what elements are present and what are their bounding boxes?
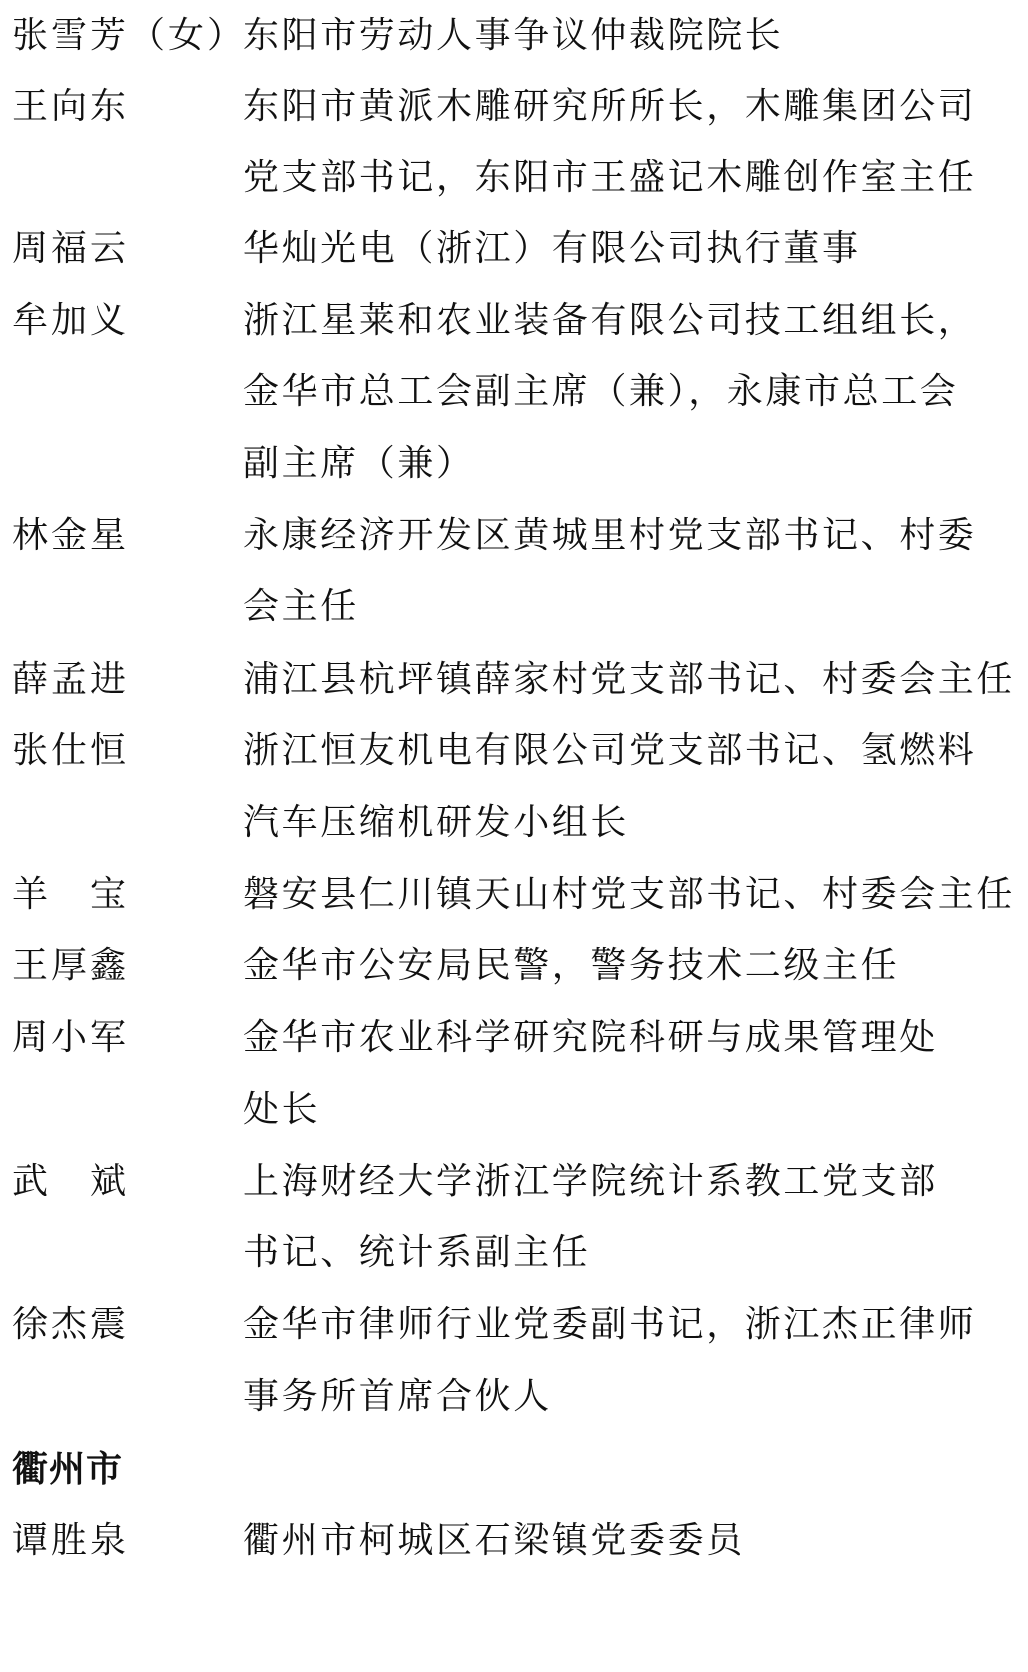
person-title: 金华市公安局民警，警务技术二级主任 <box>243 930 899 1002</box>
entry-row: 薛孟进 浦江县杭坪镇薛家村党支部书记、村委会主任 <box>0 644 1028 716</box>
person-title: 浙江恒友机电有限公司党支部书记、氢燃料 <box>243 715 976 787</box>
entry-row: 林金星 永康经济开发区黄城里村党支部书记、村委 <box>0 500 1028 572</box>
entry-continuation: 党支部书记，东阳市王盛记木雕创作室主任 <box>0 142 1028 214</box>
person-title: 金华市农业科学研究院科研与成果管理处 <box>243 1002 938 1074</box>
entry-row: 周福云 华灿光电（浙江）有限公司执行董事 <box>0 213 1028 285</box>
entry-row: 张仕恒 浙江恒友机电有限公司党支部书记、氢燃料 <box>0 715 1028 787</box>
person-name: 王厚鑫 <box>12 930 129 1002</box>
entry-continuation: 金华市总工会副主席（兼），永康市总工会 <box>0 356 1028 428</box>
entry-row: 羊 宝 磐安县仁川镇天山村党支部书记、村委会主任 <box>0 859 1028 931</box>
person-name: 张雪芳（女） <box>12 0 246 72</box>
entry-row: 徐杰震 金华市律师行业党委副书记，浙江杰正律师 <box>0 1289 1028 1361</box>
person-name: 张仕恒 <box>12 715 129 787</box>
entry-continuation: 汽车压缩机研发小组长 <box>0 787 1028 859</box>
person-title-cont: 金华市总工会副主席（兼），永康市总工会 <box>243 356 958 428</box>
person-title-cont: 汽车压缩机研发小组长 <box>243 787 629 859</box>
person-name: 周小军 <box>12 1002 129 1074</box>
person-title: 磐安县仁川镇天山村党支部书记、村委会主任 <box>243 859 1015 931</box>
person-title-cont: 处长 <box>243 1074 320 1146</box>
person-title-cont: 党支部书记，东阳市王盛记木雕创作室主任 <box>243 142 976 214</box>
entry-row: 王向东 东阳市黄派木雕研究所所长，木雕集团公司 <box>0 71 1028 143</box>
person-title: 衢州市柯城区石梁镇党委委员 <box>243 1505 745 1577</box>
person-name: 谭胜泉 <box>12 1505 129 1577</box>
person-title: 东阳市劳动人事争议仲裁院院长 <box>243 0 783 72</box>
entry-continuation: 副主席（兼） <box>0 428 1028 500</box>
person-title: 东阳市黄派木雕研究所所长，木雕集团公司 <box>243 71 976 143</box>
person-title-cont: 副主席（兼） <box>243 428 475 500</box>
person-name: 薛孟进 <box>12 644 129 716</box>
entry-continuation: 会主任 <box>0 571 1028 643</box>
person-name: 徐杰震 <box>12 1289 129 1361</box>
entry-row: 周小军 金华市农业科学研究院科研与成果管理处 <box>0 1002 1028 1074</box>
entry-continuation: 书记、统计系副主任 <box>0 1217 1028 1289</box>
person-title: 华灿光电（浙江）有限公司执行董事 <box>243 213 861 285</box>
person-name: 周福云 <box>12 213 129 285</box>
person-name: 牟加义 <box>12 285 129 357</box>
person-title-cont: 书记、统计系副主任 <box>243 1217 590 1289</box>
entry-row: 王厚鑫 金华市公安局民警，警务技术二级主任 <box>0 930 1028 1002</box>
section-title: 衢州市 <box>12 1433 123 1505</box>
person-title: 金华市律师行业党委副书记，浙江杰正律师 <box>243 1289 976 1361</box>
person-name: 羊 宝 <box>12 859 129 931</box>
entry-continuation: 事务所首席合伙人 <box>0 1361 1028 1433</box>
person-title: 浙江星莱和农业装备有限公司技工组组长， <box>243 285 976 357</box>
section-heading-row: 衢州市 <box>0 1433 1028 1505</box>
entry-row: 谭胜泉 衢州市柯城区石梁镇党委委员 <box>0 1505 1028 1577</box>
person-title-cont: 会主任 <box>243 571 359 643</box>
person-title-cont: 事务所首席合伙人 <box>243 1361 552 1433</box>
person-title: 永康经济开发区黄城里村党支部书记、村委 <box>243 500 976 572</box>
entry-row: 张雪芳（女） 东阳市劳动人事争议仲裁院院长 <box>0 0 1028 72</box>
person-name: 林金星 <box>12 500 129 572</box>
entry-row: 武 斌 上海财经大学浙江学院统计系教工党支部 <box>0 1146 1028 1218</box>
person-name: 王向东 <box>12 71 129 143</box>
person-title: 上海财经大学浙江学院统计系教工党支部 <box>243 1146 938 1218</box>
entry-continuation: 处长 <box>0 1074 1028 1146</box>
person-name: 武 斌 <box>12 1146 129 1218</box>
person-title: 浦江县杭坪镇薛家村党支部书记、村委会主任 <box>243 644 1015 716</box>
entry-row: 牟加义 浙江星莱和农业装备有限公司技工组组长， <box>0 285 1028 357</box>
